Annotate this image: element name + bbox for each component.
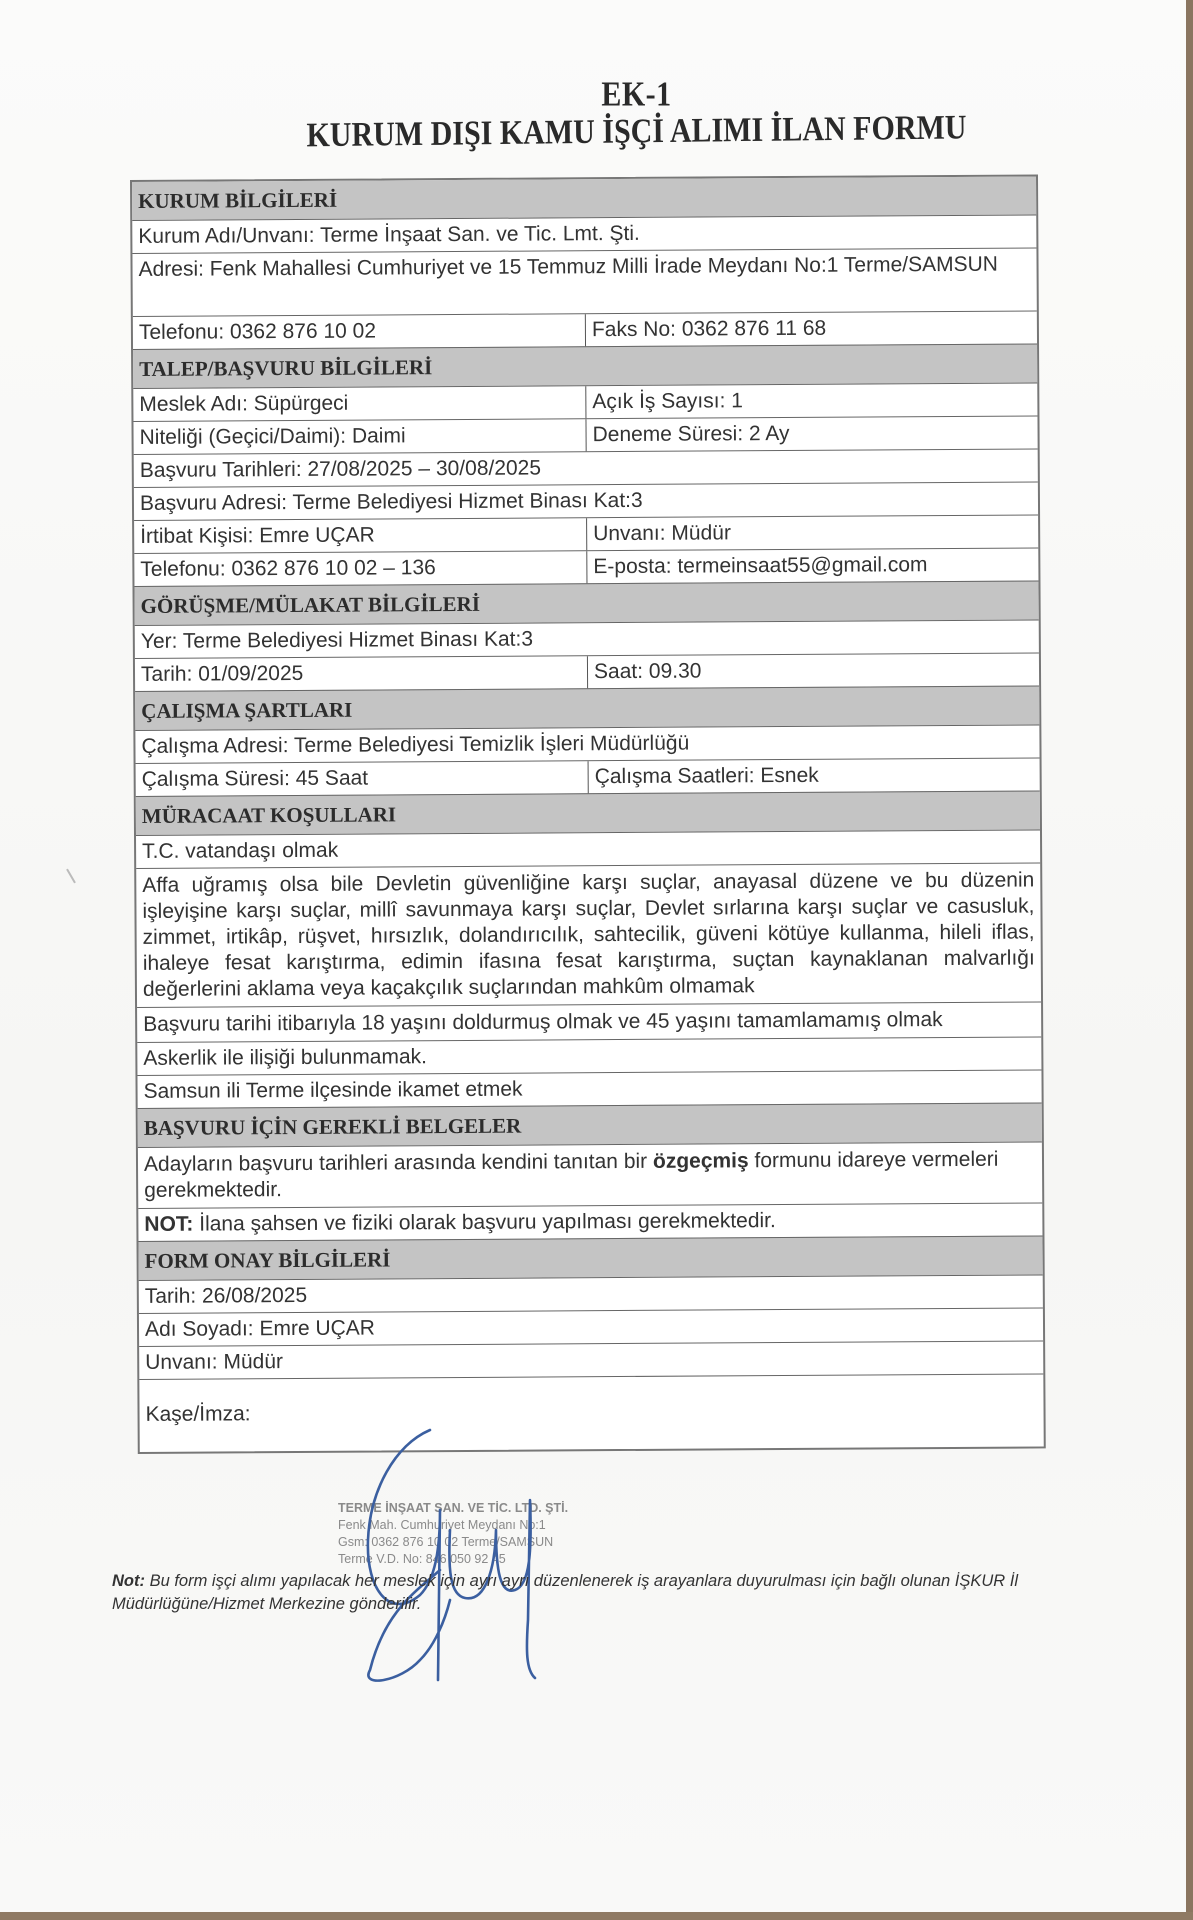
row-work-address: Çalışma Adresi: Terme Belediyesi Temizli… xyxy=(135,724,1039,763)
row-application-note: NOT: İlana şahsen ve fiziki olarak başvu… xyxy=(138,1202,1042,1241)
signature-icon xyxy=(300,1420,600,1690)
profession: Meslek Adı: Süpürgeci xyxy=(133,386,586,421)
row-contact: İrtibat Kişisi: Emre UÇAR Unvanı: Müdür xyxy=(134,514,1038,553)
section-header-gorusme: GÖRÜŞME/MÜLAKAT BİLGİLERİ xyxy=(134,580,1038,625)
row-kurum-name: Kurum Adı/Unvanı: Terme İnşaat San. ve T… xyxy=(132,214,1036,253)
section-header-onay: FORM ONAY BİLGİLERİ xyxy=(138,1235,1042,1280)
row-application-address: Başvuru Adresi: Terme Belediyesi Hizmet … xyxy=(134,481,1038,520)
condition-item: Başvuru tarihi itibarıyla 18 yaşını dold… xyxy=(137,1001,1041,1042)
row-interview-datetime: Tarih: 01/09/2025 Saat: 09.30 xyxy=(135,652,1039,691)
background-edge xyxy=(1186,0,1193,1920)
kurum-fax: Faks No: 0362 876 11 68 xyxy=(586,311,1037,346)
interview-time: Saat: 09.30 xyxy=(588,653,1039,688)
section-header-belgeler: BAŞVURU İÇİN GEREKLİ BELGELER xyxy=(138,1102,1042,1147)
row-kurum-address: Adresi: Fenk Mahallesi Cumhuriyet ve 15 … xyxy=(132,247,1036,316)
section-header-kurum: KURUM BİLGİLERİ xyxy=(132,176,1036,220)
row-approval-name: Adı Soyadı: Emre UÇAR xyxy=(139,1307,1043,1346)
row-kurum-phone-fax: Telefonu: 0362 876 10 02 Faks No: 0362 8… xyxy=(133,310,1037,349)
contact-title: Unvanı: Müdür xyxy=(587,515,1038,550)
work-hours: Çalışma Saatleri: Esnek xyxy=(589,758,1040,793)
row-profession: Meslek Adı: Süpürgeci Açık İş Sayısı: 1 xyxy=(133,382,1037,421)
row-application-dates: Başvuru Tarihleri: 27/08/2025 – 30/08/20… xyxy=(134,448,1038,487)
row-work-duration: Çalışma Süresi: 45 Saat Çalışma Saatleri… xyxy=(136,757,1040,796)
row-interview-place: Yer: Terme Belediyesi Hizmet Binası Kat:… xyxy=(135,619,1039,658)
condition-item: Affa uğramış olsa bile Devletin güvenliğ… xyxy=(136,862,1041,1007)
row-approval-title: Unvanı: Müdür xyxy=(139,1340,1043,1379)
row-approval-date: Tarih: 26/08/2025 xyxy=(139,1274,1043,1313)
trial-period: Deneme Süresi: 2 Ay xyxy=(586,416,1037,451)
note-label: NOT: xyxy=(144,1213,193,1236)
condition-item: Samsun ili Terme ilçesinde ikamet etmek xyxy=(137,1069,1041,1108)
row-required-documents: Adayların başvuru tarihleri arasında ken… xyxy=(138,1141,1042,1208)
open-jobs: Açık İş Sayısı: 1 xyxy=(586,383,1037,418)
row-contact-phone: Telefonu: 0362 876 10 02 – 136 E-posta: … xyxy=(134,547,1038,586)
interview-date: Tarih: 01/09/2025 xyxy=(135,656,588,691)
work-duration: Çalışma Süresi: 45 Saat xyxy=(136,761,589,796)
pen-mark xyxy=(66,869,76,884)
job-nature: Niteliği (Geçici/Daimi): Daimi xyxy=(133,419,586,454)
section-header-calisma: ÇALIŞMA ŞARTLARI xyxy=(135,685,1039,730)
section-header-muracaat: MÜRACAAT KOŞULLARI xyxy=(136,790,1040,835)
condition-item: T.C. vatandaşı olmak xyxy=(136,829,1040,868)
cv-keyword: özgeçmiş xyxy=(653,1149,749,1173)
row-nature: Niteliği (Geçici/Daimi): Daimi Deneme Sü… xyxy=(133,415,1037,454)
condition-item: Askerlik ile ilişiği bulunmamak. xyxy=(137,1036,1041,1075)
announcement-form-table: KURUM BİLGİLERİ Kurum Adı/Unvanı: Terme … xyxy=(130,174,1046,1454)
background-edge xyxy=(0,1912,1193,1920)
contact-person: İrtibat Kişisi: Emre UÇAR xyxy=(134,518,587,553)
kurum-phone: Telefonu: 0362 876 10 02 xyxy=(133,314,586,349)
contact-phone: Telefonu: 0362 876 10 02 – 136 xyxy=(134,551,587,586)
section-header-talep: TALEP/BAŞVURU BİLGİLERİ xyxy=(133,343,1037,388)
paper-page: EK-1 KURUM DIŞI KAMU İŞÇİ ALIMI İLAN FOR… xyxy=(0,0,1186,1912)
contact-email: E-posta: termeinsaat55@gmail.com xyxy=(587,548,1038,583)
footer-note: Not: Bu form işçi alımı yapılacak her me… xyxy=(112,1570,1052,1616)
